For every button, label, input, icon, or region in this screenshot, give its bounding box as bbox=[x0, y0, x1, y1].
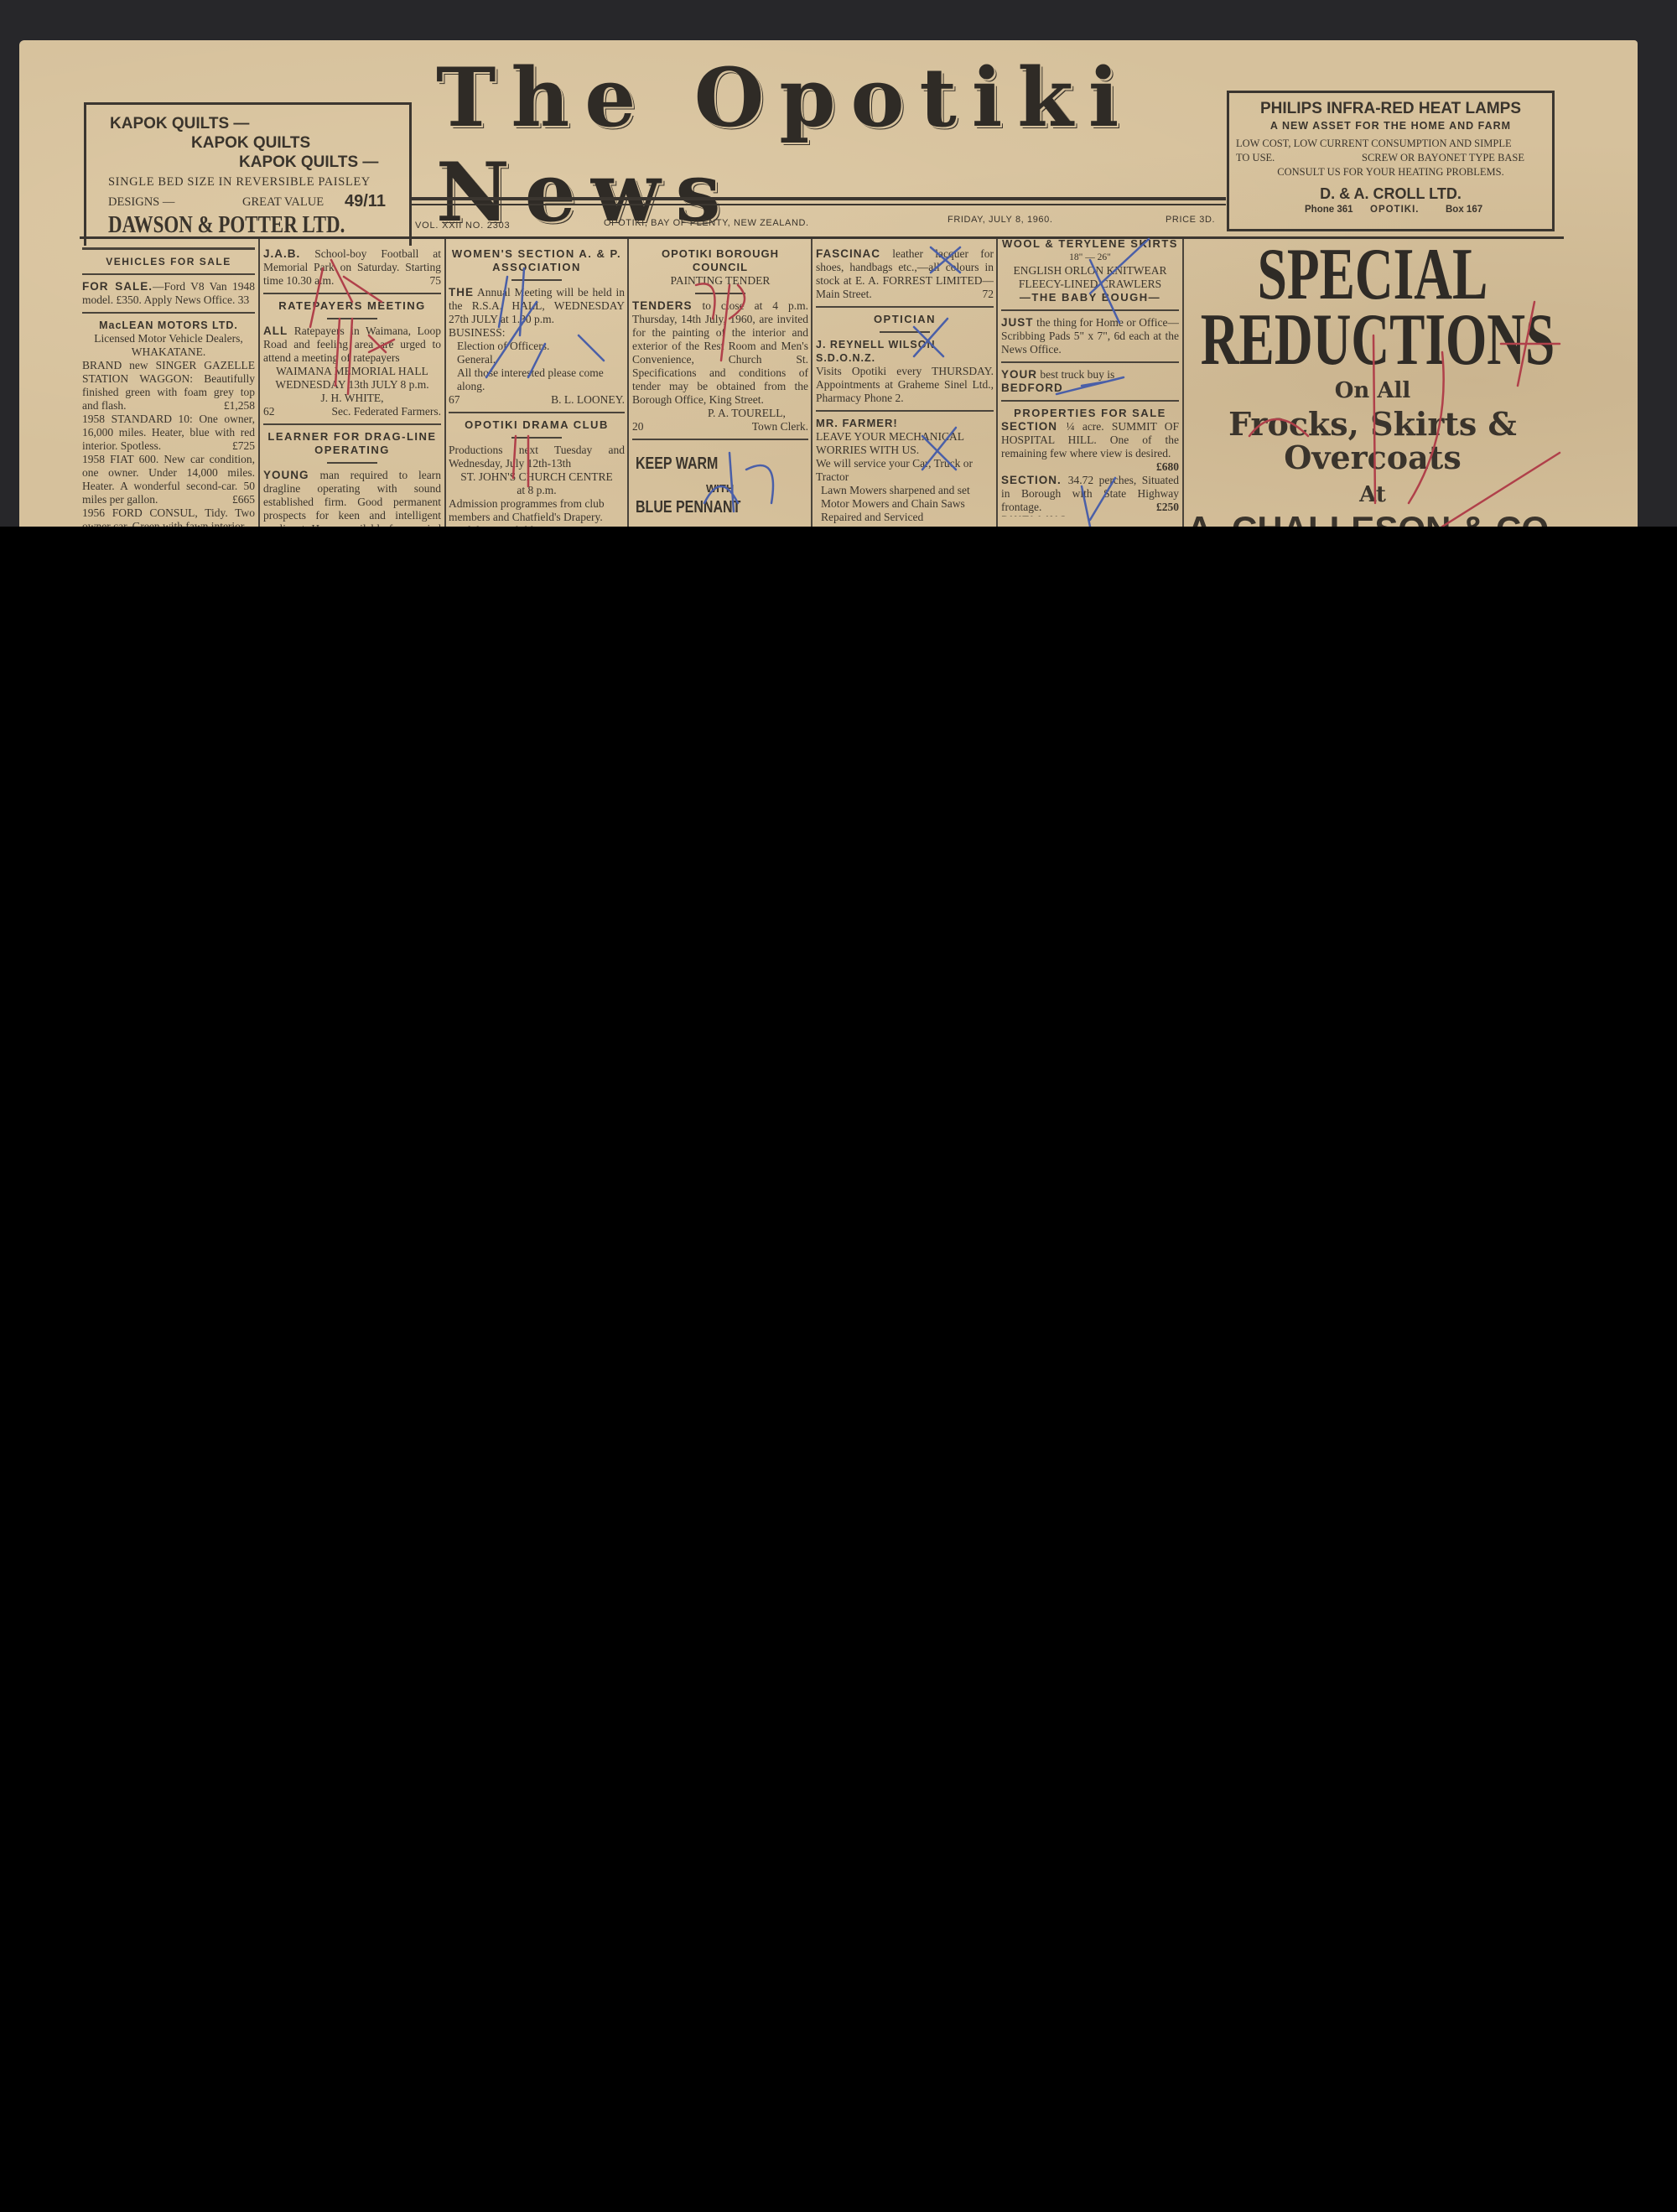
masthead-rule bbox=[411, 204, 1226, 205]
ad-line: SINGLE BED SIZE IN REVERSIBLE PAISLEY bbox=[108, 175, 371, 190]
column-divider bbox=[627, 239, 629, 527]
issue-price: PRICE 3D. bbox=[1166, 215, 1215, 225]
vehicle-listing: 1958 STANDARD 10: One owner, 16,000 mile… bbox=[82, 413, 255, 453]
ad-line: KAPOK QUILTS — bbox=[239, 153, 378, 172]
ad-line: DESIGNS — bbox=[108, 195, 174, 210]
image-cutoff-area bbox=[0, 527, 1677, 2212]
ad-kapok-quilts: KAPOK QUILTS — KAPOK QUILTS KAPOK QUILTS… bbox=[84, 102, 412, 246]
ad-box: Box 167 bbox=[1446, 205, 1482, 215]
volume-number: VOL. XXII NO. 2303 bbox=[415, 221, 510, 231]
ad-philips-heat-lamps: PHILIPS INFRA-RED HEAT LAMPS A NEW ASSET… bbox=[1227, 91, 1555, 231]
column-council: OPOTIKI BOROUGH COUNCIL PAINTING TENDER … bbox=[632, 247, 808, 527]
column-retail: WOOL & TERYLENE SKIRTS 18" — 26" ENGLISH… bbox=[1001, 237, 1179, 517]
ad-line: CONSULT US FOR YOUR HEATING PROBLEMS. bbox=[1229, 166, 1552, 179]
column-notices: J.A.B. School-boy Football at Memorial P… bbox=[263, 247, 441, 527]
ad-company: D. & A. CROLL LTD. bbox=[1229, 185, 1552, 203]
column-vehicles: VEHICLES FOR SALE FOR SALE.—Ford V8 Van … bbox=[82, 247, 255, 527]
column-divider bbox=[258, 239, 260, 527]
property-listing: SECTION. 34.72 perches, Situated in Boro… bbox=[1001, 474, 1179, 514]
section-heading: WOOL & TERYLENE SKIRTS bbox=[1001, 237, 1179, 251]
ad-line: GREAT VALUE bbox=[242, 195, 324, 210]
ad-phone: Phone 361 bbox=[1305, 205, 1353, 215]
ad-line: KAPOK QUILTS — bbox=[110, 115, 249, 133]
section-heading: OPOTIKI DRAMA CLUB bbox=[449, 418, 625, 432]
column-divider bbox=[444, 239, 446, 527]
section-heading: LEARNER FOR DRAG-LINE OPERATING bbox=[263, 430, 441, 457]
section-heading: PROPERTIES FOR SALE bbox=[1001, 407, 1179, 420]
column-divider bbox=[811, 239, 813, 527]
ad-subtitle: A NEW ASSET FOR THE HOME AND FARM bbox=[1229, 120, 1552, 132]
section-heading: RATEPAYERS MEETING bbox=[263, 299, 441, 313]
vehicle-listing: 1958 FIAT 600. New car condition, one ow… bbox=[82, 453, 255, 506]
section-heading: OPOTIKI BOROUGH COUNCIL bbox=[632, 247, 808, 274]
property-list: SECTION ¼ acre. SUMMIT OF HOSPITAL HILL.… bbox=[1001, 420, 1179, 517]
ad-blue-pennant: KEEP WARM WITH BLUE PENNANT KEROSENE bbox=[632, 445, 808, 527]
ad-title: PHILIPS INFRA-RED HEAT LAMPS bbox=[1229, 100, 1552, 118]
dealer-name: MacLEAN MOTORS LTD. bbox=[82, 319, 255, 332]
property-listing: DWELLING on ¼ acre section. 2 b.r., loun… bbox=[1001, 514, 1179, 517]
ad-line: TO USE. bbox=[1236, 152, 1275, 164]
ad-line: SCREW OR BAYONET TYPE BASE bbox=[1362, 152, 1524, 164]
property-listing: SECTION ¼ acre. SUMMIT OF HOSPITAL HILL.… bbox=[1001, 420, 1179, 460]
ad-company: DAWSON & POTTER LTD. bbox=[108, 212, 345, 239]
issue-date: FRIDAY, JULY 8, 1960. bbox=[948, 215, 1053, 225]
section-heading: WOMEN'S SECTION A. & P. ASSOCIATION bbox=[449, 247, 625, 274]
ad-special-reductions: SPECIAL REDUCTIONS On All Frocks, Skirts… bbox=[1184, 237, 1561, 527]
ad-line: KAPOK QUILTS bbox=[191, 134, 310, 153]
classified-ad: FOR SALE.—Ford V8 Van 1948 model. £350. … bbox=[82, 280, 255, 307]
vehicle-listing: BRAND new SINGER GAZELLE STATION WAGGON:… bbox=[82, 359, 255, 413]
ad-town: OPOTIKI. bbox=[1370, 205, 1419, 215]
column-divider bbox=[996, 239, 998, 527]
vehicle-listing: 1956 FORD CONSUL, Tidy. Two owner car. G… bbox=[82, 506, 255, 527]
dateline-location: OPOTIKI, BAY OF PLENTY, NEW ZEALAND. bbox=[604, 218, 809, 228]
classified-ad: J.A.B. School-boy Football at Memorial P… bbox=[263, 247, 441, 288]
section-heading: VEHICLES FOR SALE bbox=[82, 255, 255, 268]
section-heading: OPTICIAN bbox=[816, 313, 994, 326]
column-services: FASCINAC leather lacquer for shoes, hand… bbox=[816, 247, 994, 527]
column-meetings: WOMEN'S SECTION A. & P. ASSOCIATION THE … bbox=[449, 247, 625, 527]
vehicle-list: BRAND new SINGER GAZELLE STATION WAGGON:… bbox=[82, 359, 255, 527]
masthead-rule bbox=[411, 197, 1226, 200]
ad-price: 49/11 bbox=[345, 192, 386, 211]
masthead-title: The Opotiki News bbox=[436, 91, 1207, 200]
ad-line: LOW COST, LOW CURRENT CONSUMPTION AND SI… bbox=[1236, 138, 1512, 150]
